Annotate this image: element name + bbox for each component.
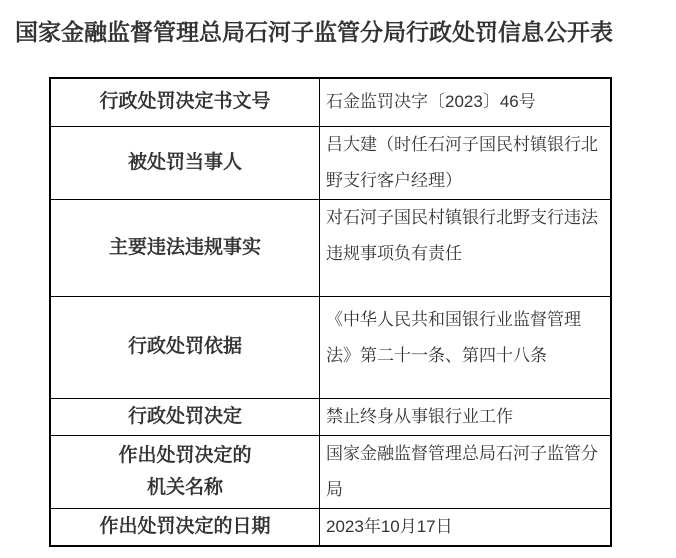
row-violation-facts: 主要违法违规事实 对石河子国民村镇银行北野支行违法 违规事项负有责任 (50, 199, 611, 296)
row-decision-date: 作出处罚决定的日期 2023年10月17日 (50, 508, 611, 546)
row-doc-number-value: 石金监罚决字〔2023〕46号 (320, 78, 612, 126)
row-authority-name-label: 作出处罚决定的 机关名称 (50, 435, 320, 508)
row-doc-number-label: 行政处罚决定书文号 (50, 78, 320, 126)
row-doc-number: 行政处罚决定书文号 石金监罚决字〔2023〕46号 (50, 78, 611, 126)
row-penalty-decision: 行政处罚决定 禁止终身从事银行业工作 (50, 398, 611, 435)
row-violation-facts-value: 对石河子国民村镇银行北野支行违法 违规事项负有责任 (320, 199, 612, 296)
row-penalty-basis: 行政处罚依据 《中华人民共和国银行业监督管理 法》第二十一条、第四十八条 (50, 296, 611, 398)
row-penalized-party-value: 吕大建（时任石河子国民村镇银行北 野支行客户经理） (320, 126, 612, 199)
row-violation-facts-label: 主要违法违规事实 (50, 199, 320, 296)
row-decision-date-label: 作出处罚决定的日期 (50, 508, 320, 546)
row-authority-name-value: 国家金融监督管理总局石河子监管分 局 (320, 435, 612, 508)
row-penalty-basis-label: 行政处罚依据 (50, 296, 320, 398)
row-penalty-decision-value: 禁止终身从事银行业工作 (320, 398, 612, 435)
row-penalized-party: 被处罚当事人 吕大建（时任石河子国民村镇银行北 野支行客户经理） (50, 126, 611, 199)
row-decision-date-value: 2023年10月17日 (320, 508, 612, 546)
row-penalized-party-label: 被处罚当事人 (50, 126, 320, 199)
row-penalty-decision-label: 行政处罚决定 (50, 398, 320, 435)
page-title: 国家金融监督管理总局石河子监管分局行政处罚信息公开表 (15, 14, 613, 47)
penalty-info-table: 行政处罚决定书文号 石金监罚决字〔2023〕46号 被处罚当事人 吕大建（时任石… (49, 77, 612, 547)
row-penalty-basis-value: 《中华人民共和国银行业监督管理 法》第二十一条、第四十八条 (320, 296, 612, 398)
row-authority-name: 作出处罚决定的 机关名称 国家金融监督管理总局石河子监管分 局 (50, 435, 611, 508)
penalty-disclosure-page: 国家金融监督管理总局石河子监管分局行政处罚信息公开表 行政处罚决定书文号 石金监… (0, 0, 676, 558)
